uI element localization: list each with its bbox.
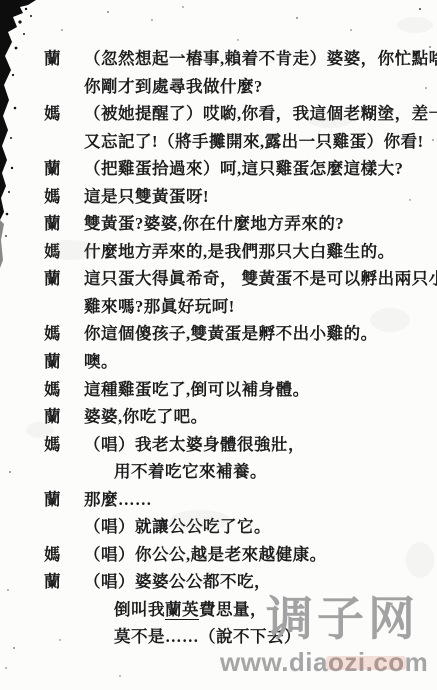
line-text: 雙黃蛋?婆婆,你在什麼地方弄來的? bbox=[84, 210, 437, 238]
speaker-label: 蘭 bbox=[44, 265, 61, 293]
script-line: 媽 你這個傻孩子,雙黃蛋是孵不出小雞的。 bbox=[0, 320, 437, 348]
proper-name-underline: 蘭英 bbox=[165, 600, 199, 620]
line-text: （唱）我老太婆身體很強壯， bbox=[84, 431, 437, 459]
speaker-label: 媽 bbox=[44, 320, 61, 348]
line-text: 你剛才到處尋我做什麼? bbox=[84, 73, 437, 101]
line-text: 又忘記了!（將手攤開來,露出一只雞蛋）你看! bbox=[84, 128, 437, 156]
script-line: 雞來嗎?那眞好玩呵! bbox=[0, 293, 437, 321]
scanned-script-page: 蘭 （忽然想起一樁事,賴着不肯走）婆婆，你忙點啥， 你剛才到處尋我做什麼? 媽 … bbox=[0, 0, 437, 690]
speaker-label: 蘭 bbox=[44, 210, 61, 238]
script-line: 蘭 噢。 bbox=[0, 348, 437, 376]
speaker-label: 蘭 bbox=[44, 403, 61, 431]
script-line: 用不着吃它來補養。 bbox=[0, 458, 437, 486]
speaker-label: 蘭 bbox=[44, 45, 61, 73]
script-body: 蘭 （忽然想起一樁事,賴着不肯走）婆婆，你忙點啥， 你剛才到處尋我做什麼? 媽 … bbox=[0, 45, 437, 651]
script-line: 蘭 這只蛋大得眞希奇， 雙黃蛋不是可以孵出兩只小 bbox=[0, 265, 437, 293]
line-text: （把雞蛋拾過來）呵,這只雞蛋怎麼這樣大? bbox=[84, 155, 437, 183]
script-line: 蘭 那麼…… bbox=[0, 486, 437, 514]
script-line: 蘭 （忽然想起一樁事,賴着不肯走）婆婆，你忙點啥， bbox=[0, 45, 437, 73]
line-text: 噢。 bbox=[84, 348, 437, 376]
speaker-label: 蘭 bbox=[44, 155, 61, 183]
speaker-label: 媽 bbox=[44, 238, 61, 266]
speaker-label: 媽 bbox=[44, 431, 61, 459]
line-text: （唱）就讓公公吃了它。 bbox=[84, 513, 437, 541]
speaker-label: 媽 bbox=[44, 100, 61, 128]
script-line: 媽 （被她提醒了）哎喲,你看，我這個老糊塗，差一點 bbox=[0, 100, 437, 128]
line-text: （唱）你公公,越是老來越健康。 bbox=[84, 541, 437, 569]
speaker-label: 媽 bbox=[44, 376, 61, 404]
speaker-label: 媽 bbox=[44, 541, 61, 569]
script-line: 你剛才到處尋我做什麼? bbox=[0, 73, 437, 101]
script-line: 又忘記了!（將手攤開來,露出一只雞蛋）你看! bbox=[0, 128, 437, 156]
line-text: （被她提醒了）哎喲,你看，我這個老糊塗，差一點 bbox=[84, 100, 437, 128]
script-line: 蘭 （把雞蛋拾過來）呵,這只雞蛋怎麼這樣大? bbox=[0, 155, 437, 183]
watermark-site-name: 调子网 bbox=[266, 593, 416, 645]
line-text: 婆婆,你吃了吧。 bbox=[84, 403, 437, 431]
speaker-label: 蘭 bbox=[44, 568, 61, 596]
watermark-red-remnant bbox=[326, 656, 406, 670]
script-line: 媽 這是只雙黃蛋呀! bbox=[0, 183, 437, 211]
speaker-label: 蘭 bbox=[44, 348, 61, 376]
speaker-label: 媽 bbox=[44, 183, 61, 211]
line-text: 那麼…… bbox=[84, 486, 437, 514]
line-text: 什麼地方弄來的,是我們那只大白雞生的。 bbox=[84, 238, 437, 266]
line-text: 這只蛋大得眞希奇， 雙黃蛋不是可以孵出兩只小 bbox=[84, 265, 437, 293]
script-line: 蘭 雙黃蛋?婆婆,你在什麼地方弄來的? bbox=[0, 210, 437, 238]
script-line: 媽 （唱）你公公,越是老來越健康。 bbox=[0, 541, 437, 569]
script-line: 蘭 婆婆,你吃了吧。 bbox=[0, 403, 437, 431]
line-text: 這是只雙黃蛋呀! bbox=[84, 183, 437, 211]
script-line: 媽 這種雞蛋吃了,倒可以補身體。 bbox=[0, 376, 437, 404]
script-line: 媽 什麼地方弄來的,是我們那只大白雞生的。 bbox=[0, 238, 437, 266]
line-text: 你這個傻孩子,雙黃蛋是孵不出小雞的。 bbox=[84, 320, 437, 348]
line-text: 雞來嗎?那眞好玩呵! bbox=[84, 293, 437, 321]
script-line: （唱）就讓公公吃了它。 bbox=[0, 513, 437, 541]
line-text: （忽然想起一樁事,賴着不肯走）婆婆，你忙點啥， bbox=[84, 45, 437, 73]
speaker-label: 蘭 bbox=[44, 486, 61, 514]
script-line: 媽 （唱）我老太婆身體很強壯， bbox=[0, 431, 437, 459]
line-text: 這種雞蛋吃了,倒可以補身體。 bbox=[84, 376, 437, 404]
line-text: 用不着吃它來補養。 bbox=[114, 458, 437, 486]
